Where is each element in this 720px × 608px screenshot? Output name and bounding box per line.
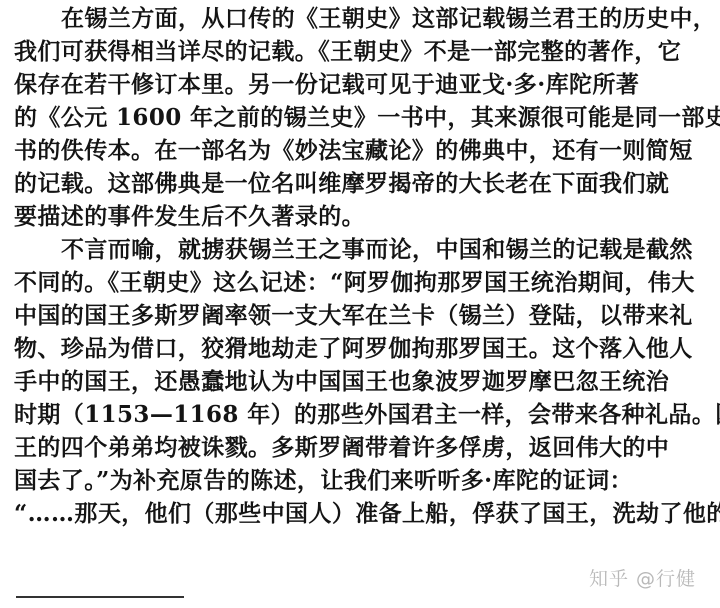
paragraph-1-line-5: 书的佚传本。在一部名为《妙法宝藏论》的佛典中，还有一则简短 xyxy=(14,136,693,166)
paragraph-2-line-7: 王的四个弟弟均被诛戮。多斯罗阇带着许多俘虏，返回伟大的中 xyxy=(14,433,669,463)
paragraph-1-line-3: 保存在若干修订本里。另一份记载可见于迪亚戈·多·库陀所著 xyxy=(14,70,639,100)
paragraph-2-line-5: 手中的国王，还愚蠢地认为中国国王也象波罗迦罗摩巴忽王统治 xyxy=(14,367,669,397)
paragraph-1-line-2: 我们可获得相当详尽的记载。《王朝史》不是一部完整的著作，它 xyxy=(14,37,681,67)
footnote-divider xyxy=(16,596,184,598)
paragraph-1-line-7: 要描述的事件发生后不久著录的。 xyxy=(14,202,365,232)
paragraph-2-line-2: 不同的。《王朝史》这么记述：“阿罗伽拘那罗国王统治期间，伟大 xyxy=(14,268,695,298)
paragraph-1-line-4: 的《公元 1600 年之前的锡兰史》一书中，其来源很可能是同一部史 xyxy=(14,103,720,133)
paragraph-2-line-1: 不言而喻，就掳获锡兰王之事而论，中国和锡兰的记载是截然 xyxy=(61,235,693,265)
paragraph-2-line-4: 物、珍品为借口，狡猾地劫走了阿罗伽拘那罗国王。这个落入他人 xyxy=(14,334,693,364)
paragraph-2-line-3: 中国的国王多斯罗阇率领一支大军在兰卡（锡兰）登陆，以带来礼 xyxy=(14,301,693,331)
paragraph-2-line-6: 时期（1153—1168 年）的那些外国君主一样，会带来各种礼品。国 xyxy=(14,400,720,430)
paragraph-2-line-8: 国去了。”为补充原告的陈述，让我们来听听多·库陀的证词： xyxy=(14,466,633,496)
paragraph-1-line-1: 在锡兰方面，从口传的《王朝史》这部记载锡兰君王的历史中， xyxy=(61,4,716,34)
paragraph-1-line-6: 的记载。这部佛典是一位名叫维摩罗揭帝的大长老在下面我们就 xyxy=(14,169,669,199)
watermark: 知乎 @行健 xyxy=(589,564,696,591)
paragraph-2-line-9: “……那天，他们（那些中国人）准备上船，俘获了国王，洗劫了他的 xyxy=(14,499,720,529)
